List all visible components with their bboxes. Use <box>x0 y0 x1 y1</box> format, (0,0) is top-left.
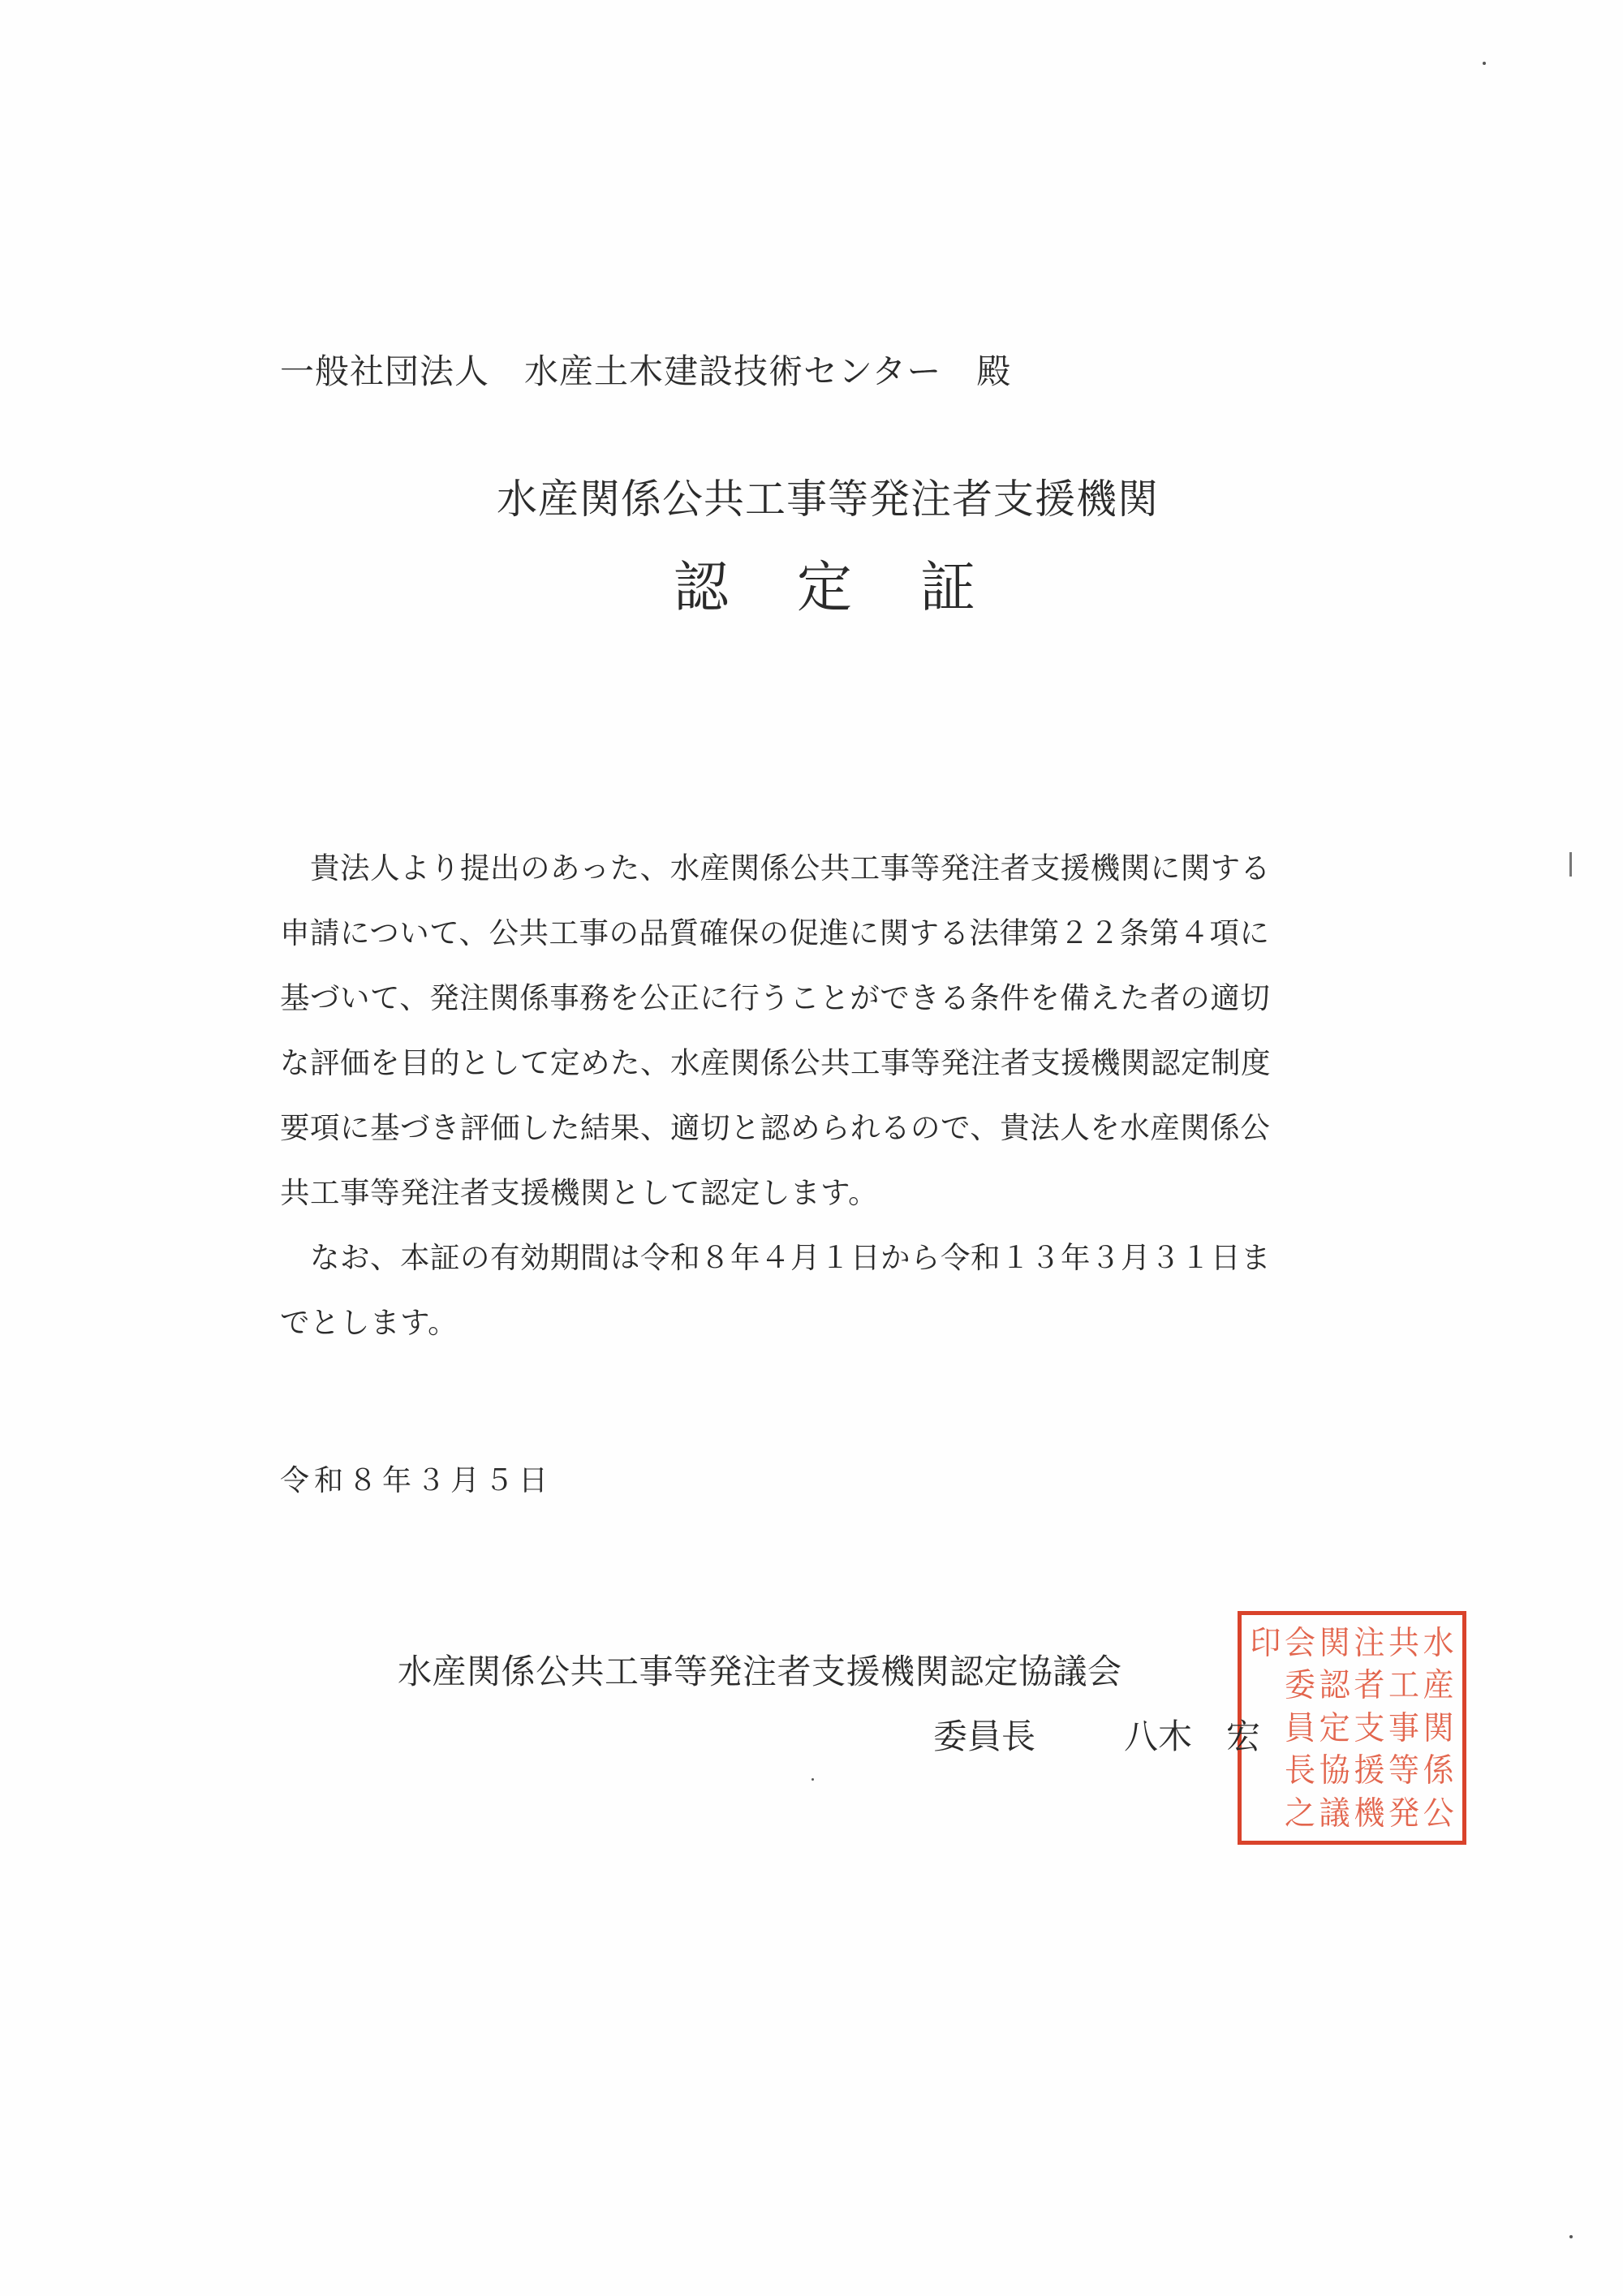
document-subtitle-certificate: 認 定 証 <box>0 552 1623 625</box>
body-line: でとします。 <box>280 1290 1351 1355</box>
seal-char: 関 <box>1317 1621 1352 1665</box>
body-line: 共工事等発注者支援機関として認定します。 <box>280 1161 1351 1226</box>
addressee: 一般社団法人 水産土木建設技術センター 殿 <box>280 347 1011 396</box>
seal-char: 注 <box>1352 1621 1387 1665</box>
seal-char: 発 <box>1387 1790 1422 1835</box>
seal-char: 機 <box>1352 1790 1387 1835</box>
body-line: 基づいて、発注関係事務を公正に行うことができる条件を備えた者の適切 <box>280 966 1351 1031</box>
scan-mark <box>1569 852 1572 877</box>
issue-date: 令和８年３月５日 <box>280 1457 553 1506</box>
seal-char: 援 <box>1352 1748 1387 1793</box>
seal-char: 公 <box>1421 1790 1456 1835</box>
seal-char: 会 <box>1283 1621 1318 1665</box>
document-title: 水産関係公共工事等発注者支援機関 <box>0 471 1623 528</box>
seal-char: 支 <box>1352 1705 1387 1750</box>
seal-char: 之 <box>1283 1790 1318 1835</box>
seal-char: 事 <box>1387 1705 1422 1750</box>
seal-characters: 水 産 関 係 公 共 工 事 等 発 注 者 支 援 機 関 認 定 協 議 … <box>1248 1622 1456 1834</box>
seal-char: 印 <box>1248 1621 1283 1665</box>
chair-name: 八木 宏 <box>1124 1712 1260 1761</box>
seal-char: 関 <box>1421 1705 1456 1750</box>
seal-char: 長 <box>1283 1748 1318 1793</box>
body-line: な評価を目的として定めた、水産関係公共工事等発注者支援機関認定制度 <box>280 1031 1351 1096</box>
seal-char: 協 <box>1317 1748 1352 1793</box>
seal-char: 定 <box>1317 1705 1352 1750</box>
body-line: 申請について、公共工事の品質確保の促進に関する法律第２２条第４項に <box>280 901 1351 966</box>
certificate-page: 一般社団法人 水産土木建設技術センター 殿 水産関係公共工事等発注者支援機関 認… <box>0 0 1623 2296</box>
body-line: 要項に基づき評価した結果、適切と認められるので、貴法人を水産関係公 <box>280 1096 1351 1161</box>
scan-speck <box>1483 62 1486 65</box>
chair-title: 委員長 <box>933 1712 1035 1761</box>
seal-char: 産 <box>1421 1663 1456 1708</box>
seal-char: 認 <box>1317 1663 1352 1708</box>
seal-char: 委 <box>1283 1663 1318 1708</box>
certificate-body: 貴法人より提出のあった、水産関係公共工事等発注者支援機関に関する 申請について、… <box>280 836 1351 1355</box>
official-seal-icon: 水 産 関 係 公 共 工 事 等 発 注 者 支 援 機 関 認 定 協 議 … <box>1238 1611 1466 1845</box>
seal-char: 等 <box>1387 1748 1422 1793</box>
seal-char: 員 <box>1283 1705 1318 1750</box>
issuer-organization: 水産関係公共工事等発注者支援機関認定協議会 <box>398 1648 1122 1696</box>
seal-char: 係 <box>1421 1748 1456 1793</box>
seal-char: 者 <box>1352 1663 1387 1708</box>
scan-speck <box>811 1778 814 1781</box>
body-line: なお、本証の有効期間は令和８年４月１日から令和１３年３月３１日ま <box>280 1226 1351 1290</box>
seal-char: 水 <box>1421 1621 1456 1665</box>
seal-char: 共 <box>1387 1621 1422 1665</box>
seal-char: 議 <box>1317 1790 1352 1835</box>
seal-char: 工 <box>1387 1663 1422 1708</box>
scan-speck <box>1569 2235 1573 2238</box>
body-line: 貴法人より提出のあった、水産関係公共工事等発注者支援機関に関する <box>280 836 1351 901</box>
